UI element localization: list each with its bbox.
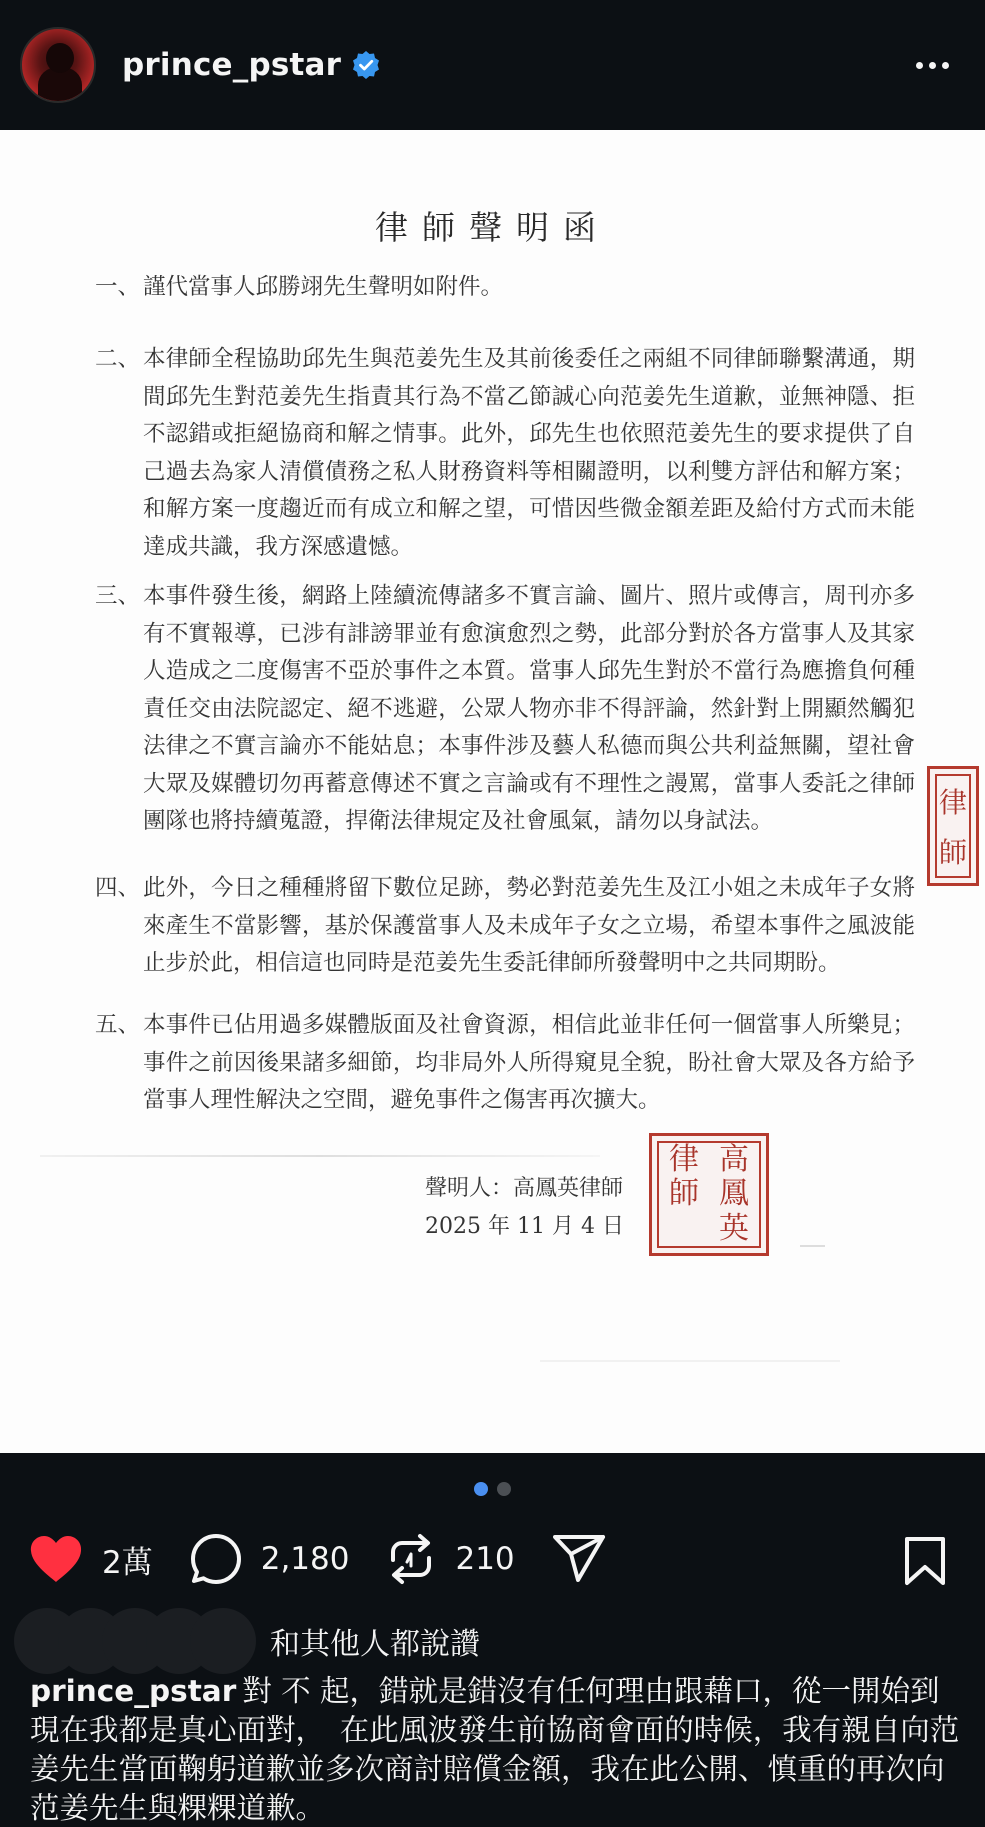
more-horizontal-icon bbox=[929, 62, 936, 69]
side-seal-stamp: 律 師 bbox=[927, 766, 979, 886]
avatar bbox=[190, 1608, 256, 1674]
paragraph-text: 謹代當事人邱勝翊先生聲明如附件。 bbox=[95, 269, 915, 307]
username[interactable]: prince_pstar bbox=[122, 47, 341, 83]
seal-char: 師 bbox=[659, 1179, 709, 1209]
seal-char: 律 bbox=[939, 781, 967, 821]
comment-icon bbox=[189, 1532, 243, 1586]
lawyer-seal-stamp: 律 高 師 鳳 英 bbox=[649, 1133, 769, 1256]
caption-username[interactable]: prince_pstar bbox=[30, 1674, 236, 1708]
scan-artifact bbox=[800, 1245, 825, 1247]
paragraph-1: 一、 謹代當事人邱勝翊先生聲明如附件。 bbox=[95, 269, 915, 307]
more-horizontal-icon bbox=[916, 62, 923, 69]
bookmark-icon bbox=[903, 1536, 947, 1586]
more-options-button[interactable] bbox=[916, 62, 949, 69]
paragraph-text: 本事件已佔用過多媒體版面及社會資源，相信此並非任何一個當事人所樂見；事件之前因後… bbox=[95, 1007, 915, 1120]
post-image-legal-statement[interactable]: 律師聲明函 一、 謹代當事人邱勝翊先生聲明如附件。 二、 本律師全程協助邱先生與… bbox=[0, 130, 985, 1453]
comment-count[interactable]: 2,180 bbox=[261, 1541, 350, 1577]
paragraph-text: 本律師全程協助邱先生與范姜先生及其前後委任之兩組不同律師聯繫溝通，期間邱先生對范… bbox=[95, 341, 915, 566]
seal-char: 師 bbox=[939, 831, 967, 871]
paragraph-number: 五、 bbox=[95, 1007, 140, 1045]
avatar[interactable] bbox=[20, 27, 96, 103]
heart-filled-icon bbox=[28, 1534, 84, 1584]
paragraph-number: 二、 bbox=[95, 341, 140, 379]
save-button[interactable] bbox=[903, 1536, 947, 1590]
send-icon bbox=[551, 1532, 607, 1586]
like-button[interactable]: 2萬 bbox=[28, 1534, 153, 1584]
post-view: prince_pstar 律師聲明函 一、 謹代當事人邱勝翊先生聲明如附件。 二… bbox=[0, 0, 985, 1827]
liked-by-text[interactable]: 和其他人都說讚 bbox=[270, 1619, 480, 1663]
scan-artifact bbox=[540, 1360, 840, 1362]
paragraph-3: 三、 本事件發生後，網路上陸續流傳諸多不實言論、圖片、照片或傳言，周刊亦多有不實… bbox=[95, 578, 915, 841]
carousel-dot-1[interactable] bbox=[474, 1482, 488, 1496]
paragraph-number: 一、 bbox=[95, 269, 140, 307]
post-caption: prince_pstar對 不 起，錯就是錯沒有任何理由跟藉口，從一開始到現在我… bbox=[30, 1672, 965, 1827]
carousel-dot-2[interactable] bbox=[497, 1482, 511, 1496]
seal-char: 英 bbox=[709, 1214, 759, 1244]
like-count[interactable]: 2萬 bbox=[102, 1537, 153, 1582]
paragraph-4: 四、 此外，今日之種種將留下數位足跡，勢必對范姜先生及江小姐之未成年子女將來產生… bbox=[95, 870, 915, 983]
paragraph-5: 五、 本事件已佔用過多媒體版面及社會資源，相信此並非任何一個當事人所樂見；事件之… bbox=[95, 1007, 915, 1120]
repost-button[interactable]: 210 bbox=[385, 1532, 514, 1586]
more-horizontal-icon bbox=[942, 62, 949, 69]
signature-block: 聲明人：高鳳英律師 2025 年 11 月 4 日 bbox=[425, 1170, 624, 1246]
paragraph-number: 三、 bbox=[95, 578, 140, 616]
paragraph-text: 本事件發生後，網路上陸續流傳諸多不實言論、圖片、照片或傳言，周刊亦多有不實報導，… bbox=[95, 578, 915, 841]
verified-badge-icon bbox=[351, 50, 381, 80]
scan-artifact-line bbox=[40, 1155, 600, 1157]
seal-char: 高 bbox=[709, 1145, 759, 1175]
repost-count[interactable]: 210 bbox=[455, 1541, 514, 1577]
liker-avatars bbox=[14, 1608, 256, 1674]
action-bar: 2萬 2,180 210 bbox=[0, 1524, 985, 1594]
post-header: prince_pstar bbox=[0, 0, 985, 130]
paragraph-number: 四、 bbox=[95, 870, 140, 908]
document-title: 律師聲明函 bbox=[0, 202, 985, 249]
statement-date: 2025 年 11 月 4 日 bbox=[425, 1208, 624, 1246]
paragraph-text: 此外，今日之種種將留下數位足跡，勢必對范姜先生及江小姐之未成年子女將來產生不當影… bbox=[95, 870, 915, 983]
liked-by-row[interactable]: 和其他人都說讚 bbox=[14, 1608, 480, 1674]
paragraph-2: 二、 本律師全程協助邱先生與范姜先生及其前後委任之兩組不同律師聯繫溝通，期間邱先… bbox=[95, 341, 915, 566]
signer-name: 聲明人：高鳳英律師 bbox=[425, 1170, 624, 1208]
seal-char: 鳳 bbox=[709, 1179, 759, 1209]
share-button[interactable] bbox=[551, 1532, 607, 1586]
seal-char: 律 bbox=[659, 1145, 709, 1175]
comment-button[interactable]: 2,180 bbox=[189, 1532, 350, 1586]
carousel-indicator bbox=[0, 1482, 985, 1496]
repost-icon bbox=[385, 1532, 437, 1586]
